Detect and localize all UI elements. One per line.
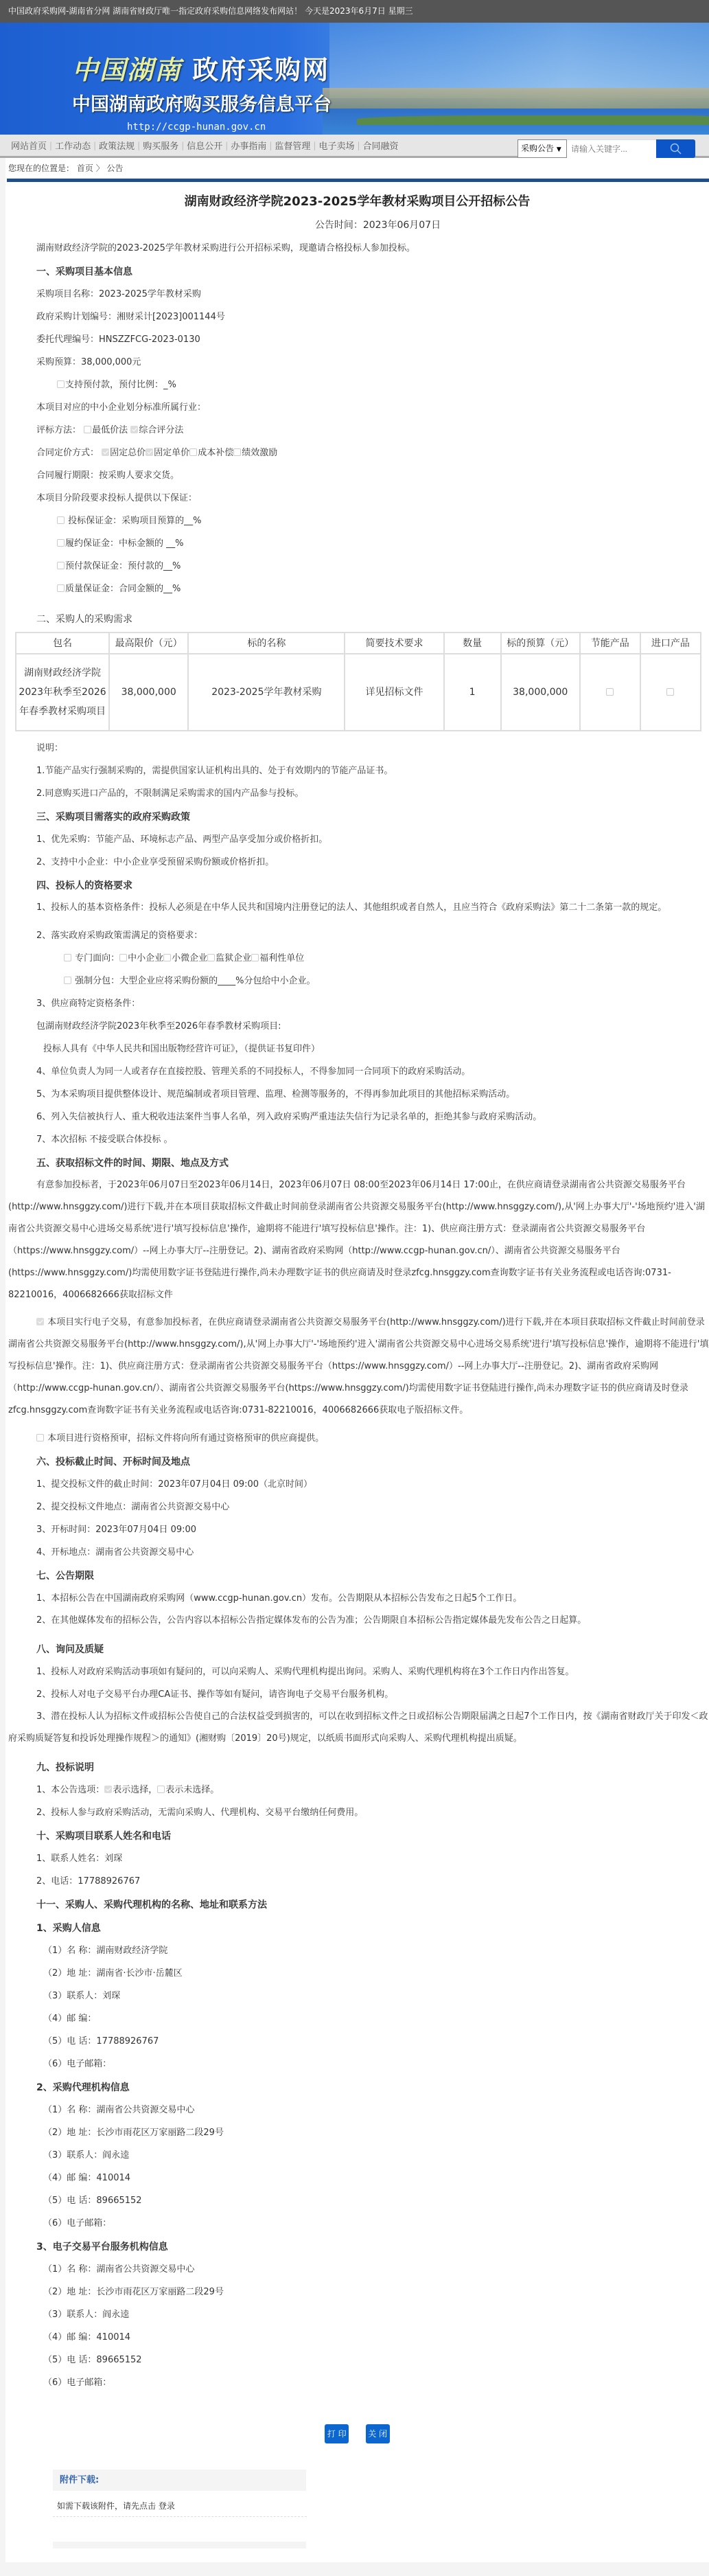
announcement-body: 湖南财政经济学院的2023-2025学年教材采购进行公开招标采购，现邀请合格投标… <box>5 243 709 2389</box>
project-name: 采购项目名称：2023-2025学年教材采购 <box>5 289 709 300</box>
qual-3a: 包湖南财政经济学院2023年秋季至2026年春季教材采购项目: <box>5 1021 709 1032</box>
section-heading: 十一、采购人、采购代理机构的名称、地址和联系方法 <box>5 1900 709 1911</box>
section-heading: 六、投标截止时间、开标时间及地点 <box>5 1457 709 1468</box>
chevron-down-icon: ▼ <box>557 146 561 153</box>
checkbox <box>189 448 197 456</box>
section-heading: 九、投标说明 <box>5 1762 709 1773</box>
pricing-method: 合同定价方式： 固定总价固定单价成本补偿绩效激励 <box>5 448 709 459</box>
breadcrumb-current: 公告 <box>107 163 124 173</box>
column-header: 节能产品 <box>580 632 640 654</box>
platform-address: （2）地 址：长沙市雨花区万家丽路二段29号 <box>5 2287 709 2298</box>
cell-item-name: 2023-2025学年教材采购 <box>188 654 345 731</box>
period-1: 1、本招标公告在中国湖南政府采购网（www.ccgp-hunan.gov.cn）… <box>5 1593 709 1604</box>
checkbox-checked <box>102 448 109 456</box>
cell-quantity: 1 <box>444 654 501 731</box>
checkbox <box>251 954 259 961</box>
nav-home[interactable]: 网站首页 <box>8 139 49 152</box>
login-link[interactable]: 登录 <box>159 2501 175 2511</box>
attachment-panel: 附件下载: 如需下载该附件，请先点击 登录 <box>53 2470 307 2549</box>
contract-term: 合同履行期限：按采购人要求交货。 <box>5 470 709 481</box>
qual-4: 4、单位负责人为同一人或者存在直接控股、管理关系的不同投标人，不得参加同一合同项… <box>5 1067 709 1078</box>
checkbox <box>57 380 65 388</box>
guarantee-performance: 履约保证金：中标金额的 __% <box>5 538 709 549</box>
qual-7: 7、本次招标 不接受联合体投标 。 <box>5 1135 709 1145</box>
platform-contact: （3）联系人：阎永逵 <box>5 2310 709 2321</box>
checkbox <box>57 516 65 524</box>
qual-2: 2、落实政府采购政策需满足的资格要求： <box>5 931 709 942</box>
footer-divider <box>53 2542 306 2549</box>
budget: 采购预算：38,000,000元 <box>5 357 709 368</box>
inquiry-3: 3、潜在投标人认为招标文件或招标公告使自己的合法权益受到损害的，可以在收到招标文… <box>5 1706 709 1750</box>
section-heading: 十、采购项目联系人姓名和电话 <box>5 1831 709 1842</box>
qual-2b: 强制分包：大型企业应将采购份额的____%分包给中小企业。 <box>5 976 709 987</box>
checkbox <box>119 954 127 961</box>
checkbox <box>57 539 65 547</box>
qual-5: 5、为本采购项目提供整体设计、规范编制或者项目管理、监理、检测等服务的，不得再参… <box>5 1089 709 1100</box>
cell-requirements: 详见招标文件 <box>345 654 443 731</box>
qual-3: 3、供应商特定资格条件： <box>5 999 709 1010</box>
nav-work-news[interactable]: 工作动态 <box>52 139 93 152</box>
purchaser-contact: （3）联系人：刘琛 <box>5 1991 709 2002</box>
logo-subtitle: 中国湖南政府购买服务信息平台 <box>72 89 332 116</box>
platform-phone: （5）电 话：89665152 <box>5 2355 709 2366</box>
breadcrumb: 您现在的位置是： 首页 〉 公告 <box>5 158 709 179</box>
column-header: 进口产品 <box>640 632 701 654</box>
inquiry-1: 1、投标人对政府采购活动事项如有疑问的，可以向采购人、采购代理机构提出询问。采购… <box>5 1667 709 1678</box>
inquiry-2: 2、投标人对电子交易平台办理CA证书、操作等如有疑问，请咨询电子交易平台服务机构… <box>5 1689 709 1700</box>
purchaser-zip: （4）邮 编： <box>5 2014 709 2025</box>
agency-zip: （4）邮 编：410014 <box>5 2173 709 2184</box>
logo-calligraphy: 中国湖南 <box>72 54 182 85</box>
obtain-docs-1: 有意参加投标者，于2023年06月07日至2023年06月14日，2023年06… <box>5 1174 709 1306</box>
deadline: 1、提交投标文件的截止时间：2023年07月04日 09:00（北京时间） <box>5 1479 709 1490</box>
qual-2a: 专门面向：中小企业小微企业监狱企业福利性单位 <box>5 953 709 964</box>
checkbox-checked <box>104 1786 112 1793</box>
eval-method: 评标方法： 最低价法 综合评分法 <box>5 425 709 436</box>
island-image <box>357 115 709 125</box>
policy-1: 1、优先采购：节能产品、环境标志产品、两型产品享受加分或价格折扣。 <box>5 834 709 845</box>
column-header: 标的预算（元） <box>501 632 580 654</box>
section-heading: 四、投标人的资格要求 <box>5 880 709 891</box>
search-category-select[interactable]: 采购公告 ▼ <box>518 139 567 158</box>
nav-guide[interactable]: 办事指南 <box>228 139 269 152</box>
search-icon <box>670 143 682 155</box>
section-heading: 五、获取招标文件的时间、期限、地点及方式 <box>5 1158 709 1169</box>
attachment-login-prompt: 如需下载该附件，请先点击 登录 <box>53 2491 307 2517</box>
submit-location: 2、提交投标文件地点：湖南省公共资源交易中心 <box>5 1502 709 1513</box>
intro-text: 湖南财政经济学院的2023-2025学年教材采购进行公开招标采购，现邀请合格投标… <box>5 243 709 254</box>
column-header: 最高限价（元） <box>109 632 188 654</box>
nav-info-public[interactable]: 信息公开 <box>184 139 225 152</box>
action-buttons: 打 印 关 闭 <box>5 2424 709 2443</box>
checkbox <box>36 1434 44 1441</box>
close-button[interactable]: 关 闭 <box>366 2424 390 2443</box>
bid-note-1: 1、本公告选项：表示选择，表示未选择。 <box>5 1785 709 1796</box>
checkbox <box>163 954 171 961</box>
checkbox <box>233 448 241 456</box>
nav-supervision[interactable]: 监督管理 <box>272 139 313 152</box>
guarantee-intro: 本项目分阶段要求投标人提供以下保证： <box>5 493 709 504</box>
cell-energy-saving <box>580 654 640 731</box>
plan-number: 政府采购计划编号：湘财采计[2023]001144号 <box>5 312 709 323</box>
subsection-heading: 1、采购人信息 <box>5 1923 709 1934</box>
search-bar: 采购公告 ▼ <box>518 139 695 158</box>
cell-max-price: 38,000,000 <box>109 654 188 731</box>
top-info-bar: 中国政府采购网-湖南省分网 湖南省财政厅唯一指定政府采购信息网络发布网站！ 今天… <box>0 0 709 23</box>
main-nav: 网站首页| 工作动态| 政策法规| 购买服务| 信息公开| 办事指南| 监督管理… <box>0 135 709 158</box>
prepay-option: 支持预付款，预付比例：_% <box>5 380 709 391</box>
checkbox <box>207 954 215 961</box>
agent-number: 委托代理编号：HNSZZFCG-2023-0130 <box>5 334 709 345</box>
guarantee-bid: 投标保证金：采购项目预算的__% <box>5 516 709 527</box>
agency-email: （6）电子邮箱： <box>5 2218 709 2229</box>
nav-purchase-service[interactable]: 购买服务 <box>140 139 181 152</box>
cell-imported <box>640 654 701 731</box>
qual-6: 6、列入失信被执行人、重大税收违法案件当事人名单，列入政府采购严重违法失信行为记… <box>5 1112 709 1123</box>
purchaser-email: （6）电子邮箱： <box>5 2059 709 2070</box>
checkbox <box>606 688 614 696</box>
requirements-table: 包名 最高限价（元） 标的名称 简要技术要求 数量 标的预算（元） 节能产品 进… <box>15 632 701 731</box>
checkbox <box>57 584 65 592</box>
column-header: 简要技术要求 <box>345 632 443 654</box>
table-row: 湖南财政经济学院2023年秋季至2026年春季教材采购项目 38,000,000… <box>16 654 701 731</box>
column-header: 数量 <box>444 632 501 654</box>
subsection-heading: 3、电子交易平台服务机构信息 <box>5 2242 709 2253</box>
section-heading: 三、采购项目需落实的政府采购政策 <box>5 812 709 823</box>
site-logo[interactable]: 中国湖南 政府采购网 中国湖南政府购买服务信息平台 http://ccgp-hu… <box>72 49 332 133</box>
purchaser-address: （2）地 址：湖南省·长沙市·岳麓区 <box>5 1968 709 1979</box>
policy-2: 2、支持中小企业：中小企业享受预留采购份额或价格折扣。 <box>5 857 709 868</box>
nav-e-mall[interactable]: 电子卖场 <box>316 139 357 152</box>
platform-zip: （4）邮 编：410014 <box>5 2332 709 2343</box>
section-heading: 八、询问及质疑 <box>5 1644 709 1655</box>
purchaser-phone: （5）电 话：17788926767 <box>5 2036 709 2047</box>
nav-policy[interactable]: 政策法规 <box>96 139 137 152</box>
site-banner: 中国湖南 政府采购网 中国湖南政府购买服务信息平台 http://ccgp-hu… <box>0 23 709 135</box>
qual-3b: 投标人具有《中华人民共和国出版物经营许可证》，（提供证书复印件） <box>5 1044 709 1055</box>
note-2: 2.同意购买进口产品的，不限制满足采购需求的国内产品参与投标。 <box>5 788 709 799</box>
attachment-title: 附件下载: <box>53 2470 306 2491</box>
opening-time: 3、开标时间：2023年07月04日 09:00 <box>5 1525 709 1536</box>
section-heading: 二、采购人的采购需求 <box>5 614 709 625</box>
guarantee-quality: 质量保证金：合同金额的__% <box>5 584 709 595</box>
breadcrumb-home[interactable]: 首页 <box>77 163 93 173</box>
checkbox <box>57 562 65 569</box>
opening-location: 4、开标地点：湖南省公共资源交易中心 <box>5 1547 709 1558</box>
nav-contract-finance[interactable]: 合同融资 <box>360 139 402 152</box>
checkbox-checked <box>146 448 153 456</box>
search-input[interactable] <box>567 139 656 158</box>
agency-name: （1）名 称：湖南省公共资源交易中心 <box>5 2105 709 2116</box>
checkbox <box>666 688 674 696</box>
contact-name: 1、联系人姓名：刘琛 <box>5 1854 709 1865</box>
agency-contact: （3）联系人：阎永逵 <box>5 2150 709 2161</box>
contact-phone: 2、电话：17788926767 <box>5 1876 709 1887</box>
checkbox-checked <box>36 1318 44 1325</box>
subsection-heading: 2、采购代理机构信息 <box>5 2082 709 2093</box>
cell-package: 湖南财政经济学院2023年秋季至2026年春季教材采购项目 <box>16 654 109 731</box>
announcement-panel: 湖南财政经济学院2023-2025学年教材采购项目公开招标公告 公告时间：202… <box>5 179 709 2562</box>
purchaser-name: （1）名 称：湖南财政经济学院 <box>5 1946 709 1957</box>
print-button[interactable]: 打 印 <box>325 2424 349 2443</box>
sky-image <box>329 23 709 98</box>
checkbox <box>157 1786 165 1793</box>
page-title: 湖南财政经济学院2023-2025学年教材采购项目公开招标公告 <box>5 182 709 209</box>
section-heading: 一、采购项目基本信息 <box>5 266 709 277</box>
column-header: 标的名称 <box>188 632 345 654</box>
breadcrumb-label: 您现在的位置是： <box>8 163 74 173</box>
checkbox <box>84 426 91 433</box>
agency-phone: （5）电 话：89665152 <box>5 2196 709 2207</box>
platform-email: （6）电子邮箱： <box>5 2378 709 2389</box>
section-heading: 七、公告期限 <box>5 1571 709 1582</box>
breadcrumb-separator: 〉 <box>96 163 104 173</box>
checkbox-checked <box>130 426 138 433</box>
checkbox <box>64 954 71 961</box>
note-1: 1.节能产品实行强制采购的，需提供国家认证机构出具的、处于有效期内的节能产品证书… <box>5 766 709 777</box>
cell-budget: 38,000,000 <box>501 654 580 731</box>
platform-name: （1）名 称：湖南省公共资源交易中心 <box>5 2264 709 2275</box>
search-button[interactable] <box>656 139 695 158</box>
obtain-docs-3: 本项目进行资格预审，招标文件将向所有通过资格预审的供应商提供。 <box>5 1433 709 1444</box>
checkbox <box>64 977 71 984</box>
guarantee-prepay: 预付款保证金：预付款的__% <box>5 561 709 572</box>
note-label: 说明： <box>5 743 709 754</box>
logo-title: 政府采购网 <box>192 55 329 85</box>
agency-address: （2）地 址：长沙市雨花区万家丽路二段29号 <box>5 2128 709 2139</box>
logo-url: http://ccgp-hunan.gov.cn <box>127 122 332 133</box>
column-header: 包名 <box>16 632 109 654</box>
qual-1: 1、投标人的基本资格条件：投标人必须是在中华人民共和国境内注册登记的法人、其他组… <box>5 897 709 919</box>
obtain-docs-2: 本项目实行电子交易，有意参加投标者，在供应商请登录湖南省公共资源交易服务平台(h… <box>5 1312 709 1422</box>
industry: 本项目对应的中小企业划分标准所属行业： <box>5 402 709 413</box>
bid-note-2: 2、投标人参与政府采购活动，无需向采购人、代理机构、交易平台缴纳任何费用。 <box>5 1808 709 1819</box>
period-2: 2、在其他媒体发布的招标公告，公告内容以本招标公告指定媒体发布的公告为准；公告期… <box>5 1610 709 1632</box>
publish-date: 公告时间：2023年06月07日 <box>5 209 709 231</box>
table-header-row: 包名 最高限价（元） 标的名称 简要技术要求 数量 标的预算（元） 节能产品 进… <box>16 632 701 654</box>
